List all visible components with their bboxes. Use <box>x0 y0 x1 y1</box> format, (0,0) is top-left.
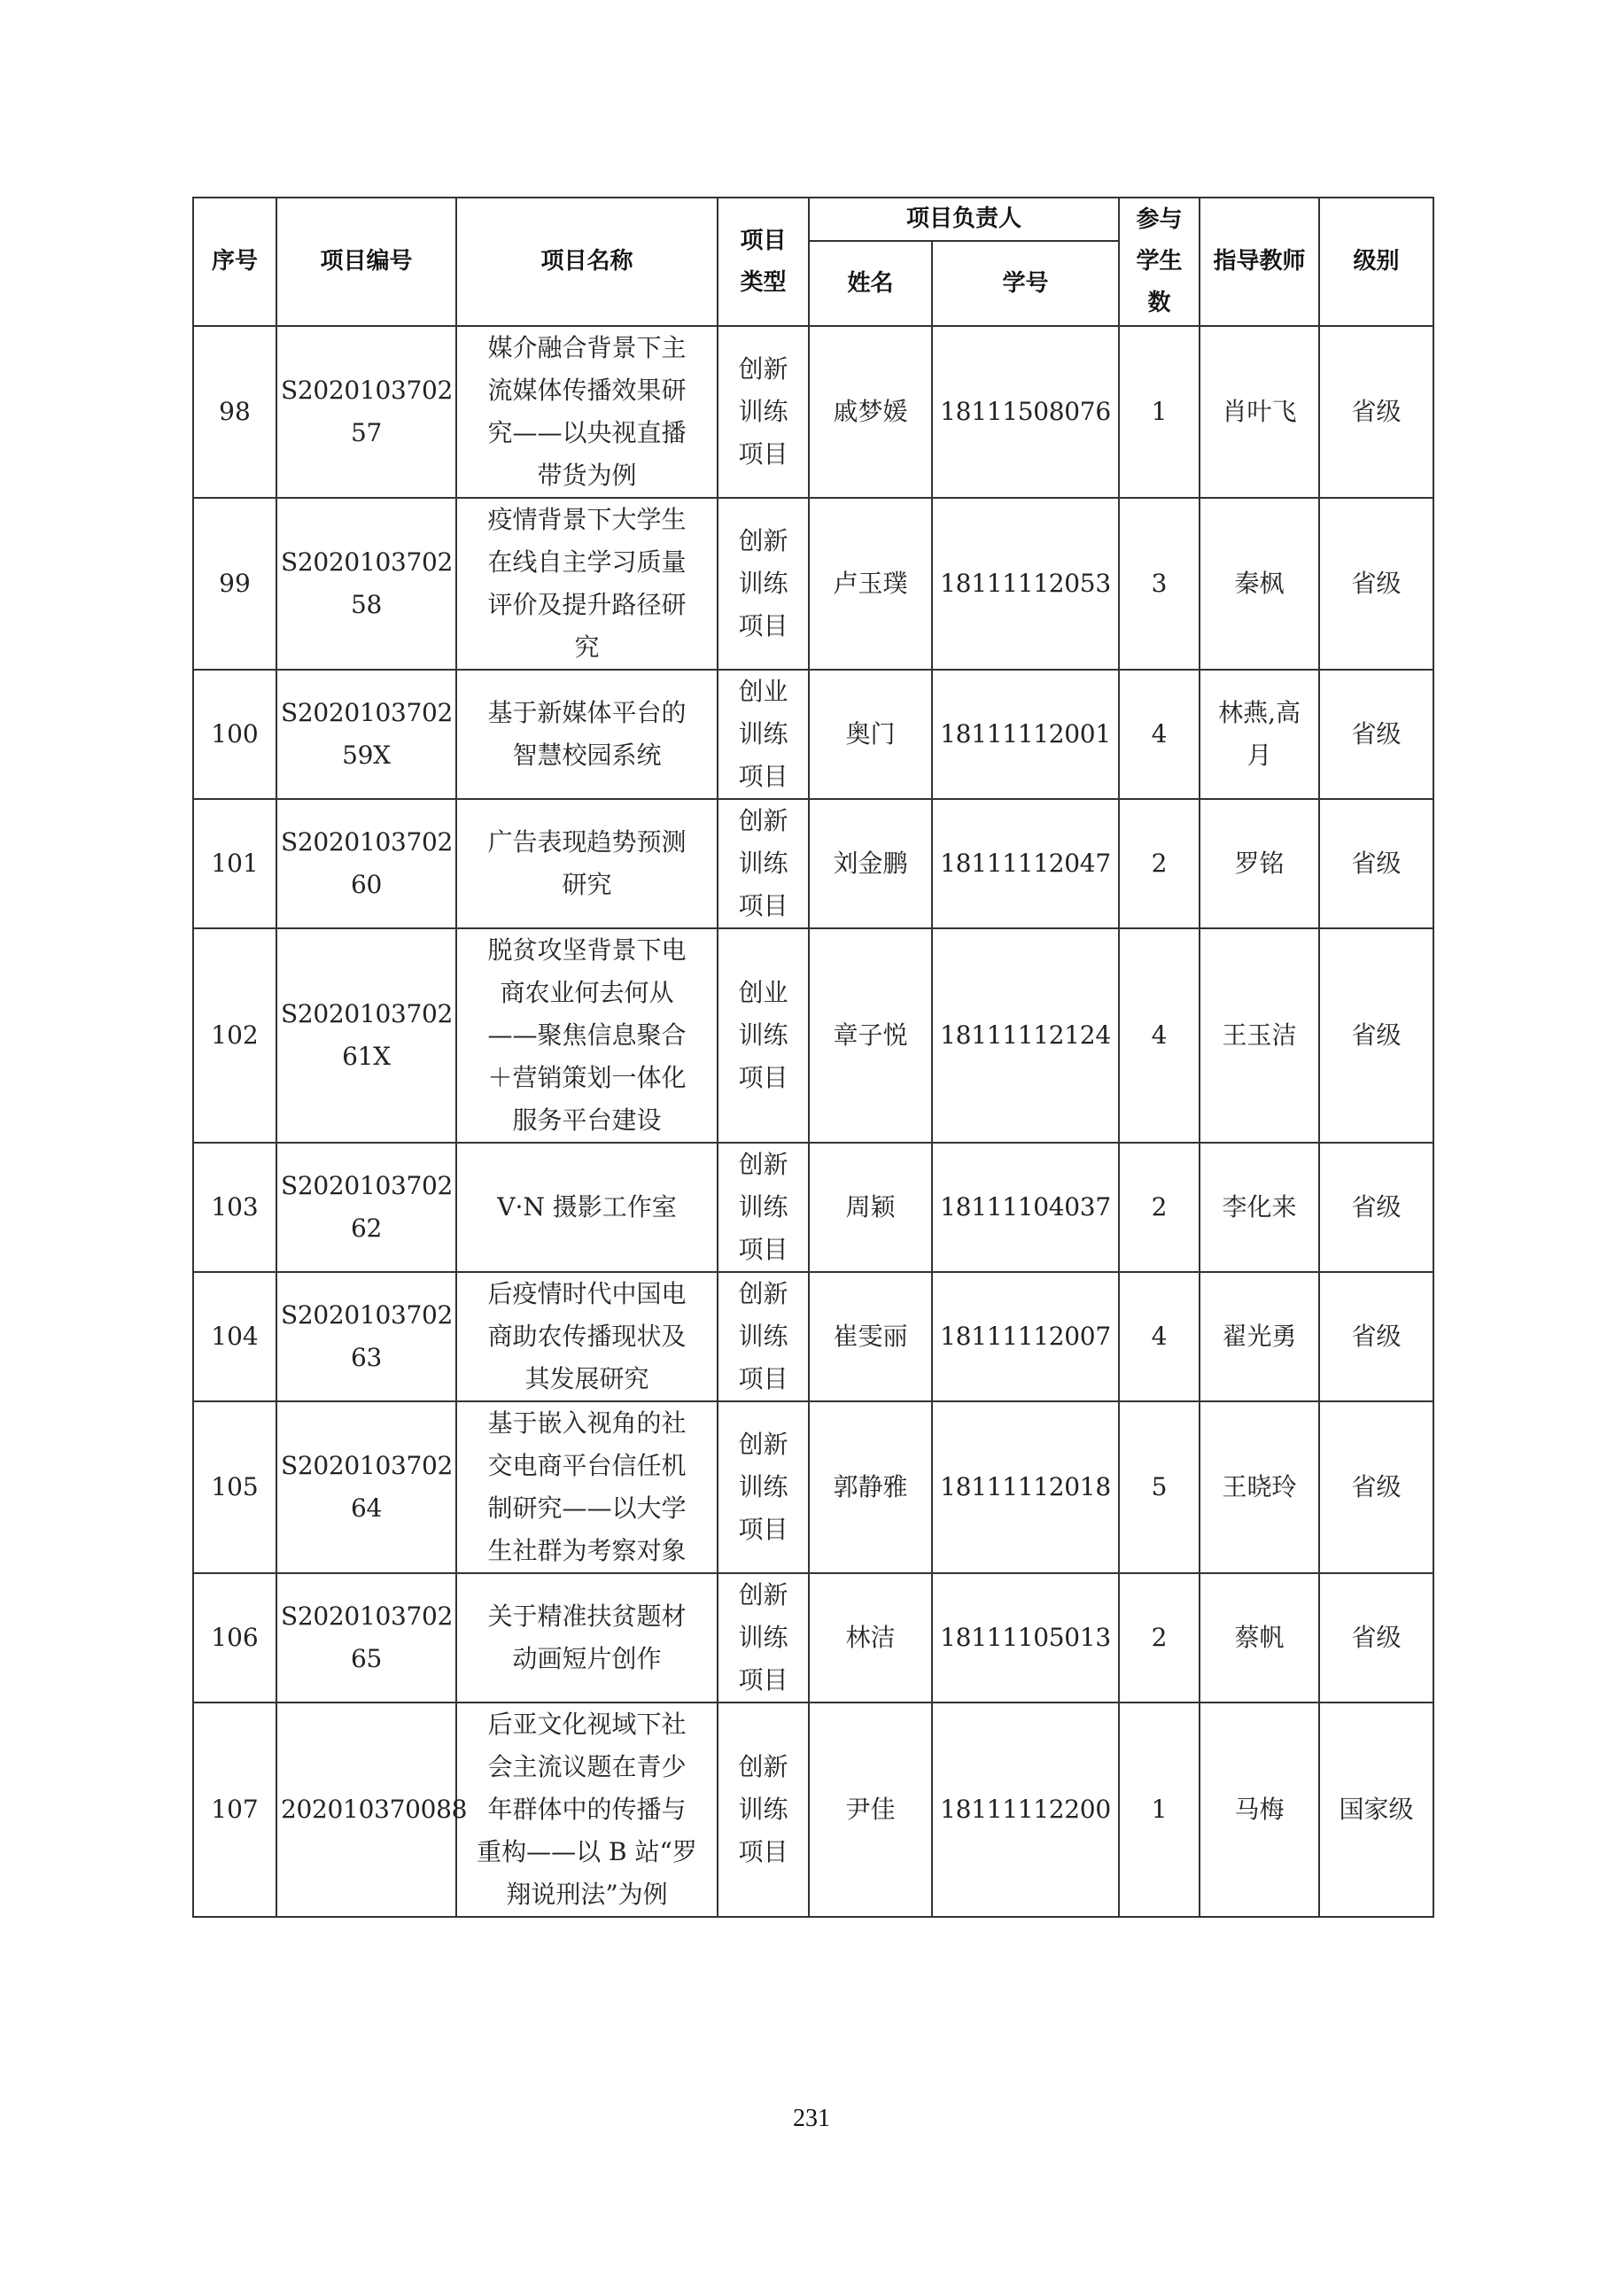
cell-project-code: S202010370263 <box>276 1272 456 1401</box>
project-name-line: 关于精准扶贫题材 <box>461 1595 713 1638</box>
advisor-line: 王晓玲 <box>1204 1466 1315 1509</box>
advisor-line: 王玉洁 <box>1204 1014 1315 1057</box>
table-header: 序号 项目编号 项目名称 项目 类型 项目负责人 参与 学生 数 指导教师 级别… <box>193 198 1433 326</box>
cell-advisor: 李化来 <box>1200 1143 1319 1272</box>
project-type-line: 创新 <box>722 1574 804 1617</box>
cell-leader-name: 林洁 <box>809 1573 932 1703</box>
cell-project-type: 创新训练项目 <box>718 326 809 498</box>
project-type-line: 项目 <box>722 885 804 927</box>
cell-project-type: 创业训练项目 <box>718 670 809 799</box>
cell-level: 省级 <box>1319 928 1433 1143</box>
cell-seq: 106 <box>193 1573 276 1703</box>
project-type-line: 训练 <box>722 842 804 885</box>
project-code-line: 57 <box>281 412 452 454</box>
table-row: 106S202010370265关于精准扶贫题材动画短片创作创新训练项目林洁18… <box>193 1573 1433 1703</box>
project-name-line: 重构——以 B 站“罗 <box>461 1831 713 1873</box>
cell-participant-count: 2 <box>1119 1143 1200 1272</box>
cell-level: 省级 <box>1319 799 1433 928</box>
project-type-line: 创新 <box>722 348 804 391</box>
cell-leader-name: 章子悦 <box>809 928 932 1143</box>
cell-participant-count: 4 <box>1119 928 1200 1143</box>
advisor-line: 林燕,高 <box>1204 692 1315 734</box>
project-code-line: S2020103702 <box>281 993 452 1036</box>
cell-leader-name: 郭静雅 <box>809 1401 932 1573</box>
advisor-line: 肖叶飞 <box>1204 391 1315 433</box>
project-type-line: 项目 <box>722 1831 804 1873</box>
advisor-line: 马梅 <box>1204 1788 1315 1831</box>
project-name-line: 流媒体传播效果研 <box>461 369 713 412</box>
project-type-line: 项目 <box>722 1509 804 1551</box>
project-type-line: 项目 <box>722 605 804 648</box>
advisor-line: 翟光勇 <box>1204 1315 1315 1358</box>
cell-advisor: 林燕,高月 <box>1200 670 1319 799</box>
project-name-line: 基于嵌入视角的社 <box>461 1402 713 1445</box>
cell-leader-name: 戚梦媛 <box>809 326 932 498</box>
project-name-line: 商农业何去何从 <box>461 972 713 1014</box>
table-row: 99S202010370258疫情背景下大学生在线自主学习质量评价及提升路径研究… <box>193 498 1433 670</box>
cell-advisor: 王晓玲 <box>1200 1401 1319 1573</box>
advisor-line: 秦枫 <box>1204 562 1315 605</box>
project-name-line: 基于新媒体平台的 <box>461 692 713 734</box>
header-count-line: 参与 <box>1123 199 1195 241</box>
project-type-line: 训练 <box>722 1186 804 1229</box>
advisor-line: 月 <box>1204 734 1315 777</box>
project-type-line: 训练 <box>722 1788 804 1831</box>
project-code-line: S2020103702 <box>281 1595 452 1638</box>
project-type-line: 创新 <box>722 1423 804 1466</box>
cell-seq: 103 <box>193 1143 276 1272</box>
cell-leader-name: 卢玉璞 <box>809 498 932 670</box>
header-advisor: 指导教师 <box>1200 198 1319 326</box>
table-row: 105S202010370264基于嵌入视角的社交电商平台信任机制研究——以大学… <box>193 1401 1433 1573</box>
project-type-line: 创业 <box>722 671 804 713</box>
cell-project-name: 广告表现趋势预测研究 <box>456 799 718 928</box>
cell-level: 省级 <box>1319 1573 1433 1703</box>
project-name-line: 疫情背景下大学生 <box>461 499 713 541</box>
header-leader-name: 姓名 <box>809 241 932 326</box>
project-name-line: 研究 <box>461 864 713 906</box>
cell-seq: 107 <box>193 1703 276 1917</box>
header-level: 级别 <box>1319 198 1433 326</box>
project-type-line: 项目 <box>722 1659 804 1702</box>
project-name-line: 动画短片创作 <box>461 1638 713 1680</box>
project-code-line: S2020103702 <box>281 541 452 584</box>
cell-seq: 99 <box>193 498 276 670</box>
cell-project-type: 创新训练项目 <box>718 1703 809 1917</box>
header-leader-group: 项目负责人 <box>809 198 1119 241</box>
project-name-line: 会主流议题在青少 <box>461 1746 713 1788</box>
cell-project-code: S202010370259X <box>276 670 456 799</box>
cell-project-type: 创新训练项目 <box>718 1143 809 1272</box>
project-code-line: 62 <box>281 1207 452 1250</box>
page-number: 231 <box>0 2105 1623 2133</box>
cell-advisor: 秦枫 <box>1200 498 1319 670</box>
cell-project-name: 脱贫攻坚背景下电商农业何去何从——聚焦信息聚合＋营销策划一体化服务平台建设 <box>456 928 718 1143</box>
project-code-line: S2020103702 <box>281 821 452 864</box>
project-type-line: 创新 <box>722 520 804 562</box>
header-count: 参与 学生 数 <box>1119 198 1200 326</box>
table-row: 107202010370088后亚文化视域下社会主流议题在青少年群体中的传播与重… <box>193 1703 1433 1917</box>
cell-level: 省级 <box>1319 1272 1433 1401</box>
project-name-line: 在线自主学习质量 <box>461 541 713 584</box>
project-type-line: 项目 <box>722 756 804 798</box>
project-type-line: 训练 <box>722 1466 804 1509</box>
project-name-line: ——聚焦信息聚合 <box>461 1014 713 1057</box>
project-type-line: 创新 <box>722 1273 804 1315</box>
project-name-line: 后疫情时代中国电 <box>461 1273 713 1315</box>
project-code-line: S2020103702 <box>281 1165 452 1207</box>
advisor-line: 李化来 <box>1204 1186 1315 1229</box>
cell-participant-count: 4 <box>1119 670 1200 799</box>
header-type-line: 项目 <box>722 221 804 262</box>
project-type-line: 项目 <box>722 1057 804 1099</box>
advisor-line: 罗铭 <box>1204 842 1315 885</box>
cell-student-id: 18111112200 <box>932 1703 1119 1917</box>
project-type-line: 训练 <box>722 1315 804 1358</box>
cell-level: 省级 <box>1319 670 1433 799</box>
cell-project-code: S202010370264 <box>276 1401 456 1573</box>
project-code-line: 61X <box>281 1036 452 1078</box>
cell-level: 省级 <box>1319 498 1433 670</box>
project-name-line: 究 <box>461 626 713 669</box>
cell-level: 省级 <box>1319 1401 1433 1573</box>
cell-project-type: 创新训练项目 <box>718 1272 809 1401</box>
cell-project-name: 后亚文化视域下社会主流议题在青少年群体中的传播与重构——以 B 站“罗翔说刑法”… <box>456 1703 718 1917</box>
cell-student-id: 18111105013 <box>932 1573 1119 1703</box>
project-name-line: 智慧校园系统 <box>461 734 713 777</box>
project-name-line: 究——以央视直播 <box>461 412 713 454</box>
cell-leader-name: 奥门 <box>809 670 932 799</box>
cell-project-code: S202010370265 <box>276 1573 456 1703</box>
cell-advisor: 罗铭 <box>1200 799 1319 928</box>
cell-advisor: 王玉洁 <box>1200 928 1319 1143</box>
project-type-line: 训练 <box>722 1617 804 1659</box>
cell-participant-count: 2 <box>1119 1573 1200 1703</box>
cell-seq: 98 <box>193 326 276 498</box>
project-type-line: 创新 <box>722 800 804 842</box>
cell-student-id: 18111112018 <box>932 1401 1119 1573</box>
project-code-line: S2020103702 <box>281 692 452 734</box>
table-row: 104S202010370263后疫情时代中国电商助农传播现状及其发展研究创新训… <box>193 1272 1433 1401</box>
cell-level: 省级 <box>1319 326 1433 498</box>
project-name-line: 媒介融合背景下主 <box>461 327 713 369</box>
project-code-line: 59X <box>281 734 452 777</box>
header-type-line: 类型 <box>722 262 804 304</box>
cell-level: 省级 <box>1319 1143 1433 1272</box>
cell-participant-count: 1 <box>1119 1703 1200 1917</box>
header-count-line: 数 <box>1123 283 1195 324</box>
header-code: 项目编号 <box>276 198 456 326</box>
project-name-line: 服务平台建设 <box>461 1099 713 1142</box>
table-row: 102S202010370261X脱贫攻坚背景下电商农业何去何从——聚焦信息聚合… <box>193 928 1433 1143</box>
cell-participant-count: 5 <box>1119 1401 1200 1573</box>
cell-level: 国家级 <box>1319 1703 1433 1917</box>
cell-student-id: 18111104037 <box>932 1143 1119 1272</box>
cell-student-id: 18111112001 <box>932 670 1119 799</box>
project-type-line: 训练 <box>722 391 804 433</box>
cell-project-code: 202010370088 <box>276 1703 456 1917</box>
cell-student-id: 18111508076 <box>932 326 1119 498</box>
table-row: 101S202010370260广告表现趋势预测研究创新训练项目刘金鹏18111… <box>193 799 1433 928</box>
table-body: 98S202010370257媒介融合背景下主流媒体传播效果研究——以央视直播带… <box>193 326 1433 1917</box>
cell-participant-count: 2 <box>1119 799 1200 928</box>
cell-project-type: 创新训练项目 <box>718 1401 809 1573</box>
cell-leader-name: 尹佳 <box>809 1703 932 1917</box>
project-type-line: 创新 <box>722 1746 804 1788</box>
table-row: 98S202010370257媒介融合背景下主流媒体传播效果研究——以央视直播带… <box>193 326 1433 498</box>
cell-project-type: 创业训练项目 <box>718 928 809 1143</box>
project-name-line: 脱贫攻坚背景下电 <box>461 929 713 972</box>
cell-advisor: 肖叶飞 <box>1200 326 1319 498</box>
project-type-line: 训练 <box>722 713 804 756</box>
project-code-line: 58 <box>281 584 452 626</box>
project-name-line: V·N 摄影工作室 <box>461 1186 713 1229</box>
cell-seq: 105 <box>193 1401 276 1573</box>
project-code-line: S2020103702 <box>281 1445 452 1487</box>
header-name: 项目名称 <box>456 198 718 326</box>
project-type-line: 项目 <box>722 1358 804 1400</box>
cell-student-id: 18111112047 <box>932 799 1119 928</box>
project-name-line: 其发展研究 <box>461 1358 713 1400</box>
cell-project-code: S202010370260 <box>276 799 456 928</box>
cell-advisor: 蔡帆 <box>1200 1573 1319 1703</box>
project-name-line: 广告表现趋势预测 <box>461 821 713 864</box>
project-name-line: 带货为例 <box>461 454 713 497</box>
cell-seq: 100 <box>193 670 276 799</box>
project-code-line: 63 <box>281 1337 452 1379</box>
cell-project-code: S202010370257 <box>276 326 456 498</box>
project-type-line: 项目 <box>722 1229 804 1271</box>
advisor-line: 蔡帆 <box>1204 1617 1315 1659</box>
cell-project-name: 关于精准扶贫题材动画短片创作 <box>456 1573 718 1703</box>
cell-student-id: 18111112053 <box>932 498 1119 670</box>
cell-seq: 104 <box>193 1272 276 1401</box>
cell-project-name: 后疫情时代中国电商助农传播现状及其发展研究 <box>456 1272 718 1401</box>
project-code-line: S2020103702 <box>281 1294 452 1337</box>
cell-project-type: 创新训练项目 <box>718 1573 809 1703</box>
project-name-line: 翔说刑法”为例 <box>461 1873 713 1916</box>
cell-project-name: 媒介融合背景下主流媒体传播效果研究——以央视直播带货为例 <box>456 326 718 498</box>
project-name-line: 评价及提升路径研 <box>461 584 713 626</box>
cell-project-type: 创新训练项目 <box>718 498 809 670</box>
project-code-line: 65 <box>281 1638 452 1680</box>
cell-project-code: S202010370262 <box>276 1143 456 1272</box>
project-name-line: 制研究——以大学 <box>461 1487 713 1530</box>
cell-leader-name: 周颖 <box>809 1143 932 1272</box>
cell-project-code: S202010370261X <box>276 928 456 1143</box>
cell-leader-name: 崔雯丽 <box>809 1272 932 1401</box>
cell-advisor: 马梅 <box>1200 1703 1319 1917</box>
header-type: 项目 类型 <box>718 198 809 326</box>
cell-project-name: 基于嵌入视角的社交电商平台信任机制研究——以大学生社群为考察对象 <box>456 1401 718 1573</box>
project-name-line: 交电商平台信任机 <box>461 1445 713 1487</box>
project-name-line: ＋营销策划一体化 <box>461 1057 713 1099</box>
cell-advisor: 翟光勇 <box>1200 1272 1319 1401</box>
cell-project-name: 疫情背景下大学生在线自主学习质量评价及提升路径研究 <box>456 498 718 670</box>
table-row: 103S202010370262V·N 摄影工作室创新训练项目周颖1811110… <box>193 1143 1433 1272</box>
project-name-line: 后亚文化视域下社 <box>461 1703 713 1746</box>
project-name-line: 生社群为考察对象 <box>461 1530 713 1572</box>
project-type-line: 训练 <box>722 1014 804 1057</box>
cell-participant-count: 3 <box>1119 498 1200 670</box>
header-seq: 序号 <box>193 198 276 326</box>
header-leader-id: 学号 <box>932 241 1119 326</box>
project-code-line: S2020103702 <box>281 369 452 412</box>
cell-student-id: 18111112007 <box>932 1272 1119 1401</box>
cell-project-name: V·N 摄影工作室 <box>456 1143 718 1272</box>
cell-student-id: 18111112124 <box>932 928 1119 1143</box>
project-table: 序号 项目编号 项目名称 项目 类型 项目负责人 参与 学生 数 指导教师 级别… <box>192 197 1434 1918</box>
project-name-line: 年群体中的传播与 <box>461 1788 713 1831</box>
project-code-line: 60 <box>281 864 452 906</box>
cell-leader-name: 刘金鹏 <box>809 799 932 928</box>
cell-project-type: 创新训练项目 <box>718 799 809 928</box>
cell-seq: 101 <box>193 799 276 928</box>
table-row: 100S202010370259X基于新媒体平台的智慧校园系统创业训练项目奥门1… <box>193 670 1433 799</box>
document-page: 序号 项目编号 项目名称 项目 类型 项目负责人 参与 学生 数 指导教师 级别… <box>0 0 1623 2296</box>
project-type-line: 项目 <box>722 433 804 476</box>
project-code-line: 202010370088 <box>281 1788 452 1831</box>
cell-seq: 102 <box>193 928 276 1143</box>
project-type-line: 创业 <box>722 972 804 1014</box>
project-name-line: 商助农传播现状及 <box>461 1315 713 1358</box>
project-code-line: 64 <box>281 1487 452 1530</box>
header-count-line: 学生 <box>1123 241 1195 283</box>
cell-participant-count: 4 <box>1119 1272 1200 1401</box>
project-type-line: 训练 <box>722 562 804 605</box>
project-type-line: 创新 <box>722 1144 804 1186</box>
cell-participant-count: 1 <box>1119 326 1200 498</box>
cell-project-name: 基于新媒体平台的智慧校园系统 <box>456 670 718 799</box>
cell-project-code: S202010370258 <box>276 498 456 670</box>
